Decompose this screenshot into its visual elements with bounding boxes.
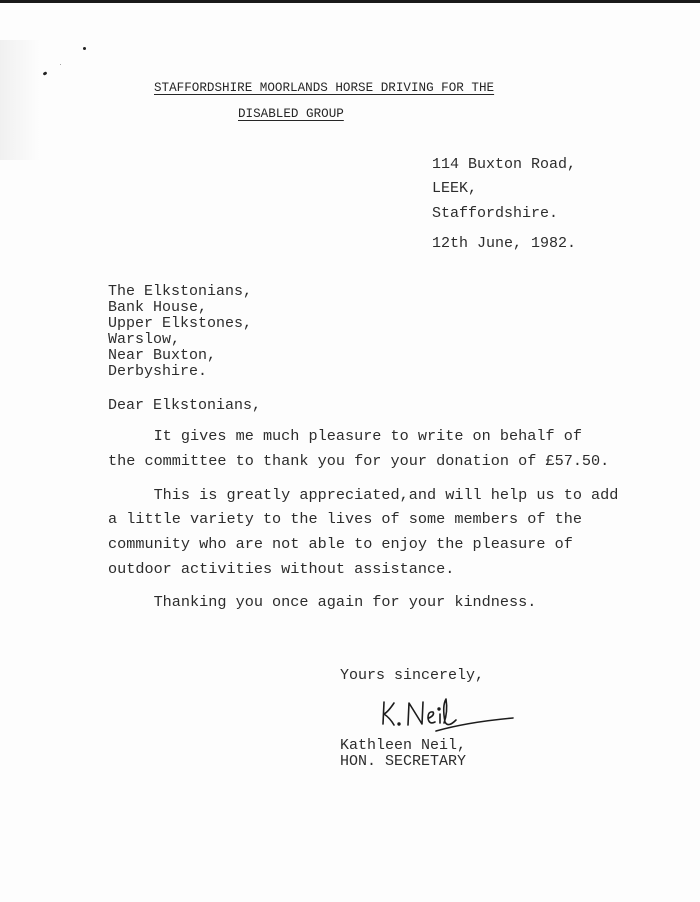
recipient-address-line: Warslow, (108, 332, 180, 347)
body-line: outdoor activities without assistance. (108, 562, 454, 577)
ink-speck (60, 64, 61, 65)
scan-shadow (0, 40, 40, 160)
body-line: the committee to thank you for your dona… (108, 454, 609, 469)
body-line: It gives me much pleasure to write on be… (108, 429, 582, 444)
sender-address-line: Staffordshire. (432, 206, 558, 221)
recipient-address-line: Bank House, (108, 300, 207, 315)
ink-speck (83, 47, 86, 50)
valediction: Yours sincerely, (340, 668, 484, 683)
sender-address-line: LEEK, (432, 181, 477, 196)
handwritten-signature (378, 694, 518, 734)
sender-address-line: 114 Buxton Road, (432, 157, 576, 172)
recipient-address-line: Near Buxton, (108, 348, 216, 363)
salutation: Dear Elkstonians, (108, 398, 261, 413)
letterhead-line-2: DISABLED GROUP (238, 108, 344, 121)
signatory-name: Kathleen Neil, (340, 738, 466, 753)
letterhead-line-1: STAFFORDSHIRE MOORLANDS HORSE DRIVING FO… (154, 82, 494, 95)
recipient-address-line: The Elkstonians, (108, 284, 252, 299)
page-top-edge (0, 0, 700, 3)
body-line: community who are not able to enjoy the … (108, 537, 573, 552)
body-line: This is greatly appreciated,and will hel… (108, 488, 618, 503)
recipient-address-line: Upper Elkstones, (108, 316, 252, 331)
letter-date: 12th June, 1982. (432, 236, 576, 251)
recipient-address-line: Derbyshire. (108, 364, 207, 379)
body-line: a little variety to the lives of some me… (108, 512, 582, 527)
body-line: Thanking you once again for your kindnes… (108, 595, 536, 610)
ink-speck (43, 71, 48, 76)
signatory-title: HON. SECRETARY (340, 754, 466, 769)
